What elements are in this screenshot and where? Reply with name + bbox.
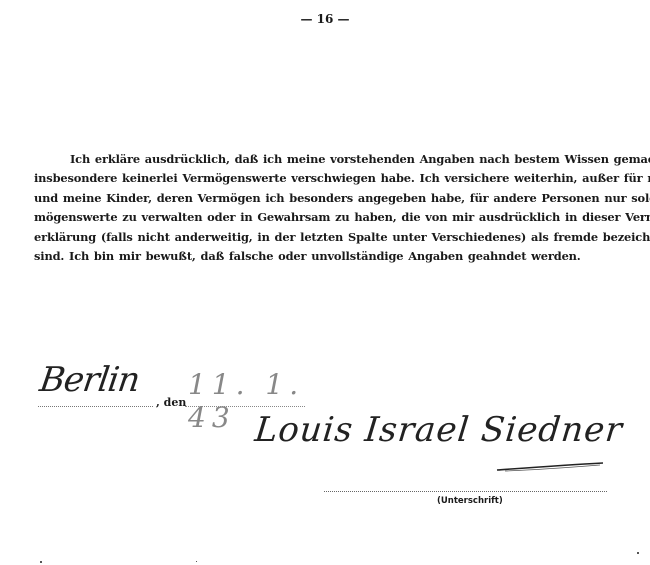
scan-speck: [637, 552, 639, 554]
declaration-line: sind. Ich bin mir bewußt, daß falsche od…: [34, 247, 612, 266]
declaration-line: erklärung (falls nicht anderweitig, in d…: [34, 228, 612, 247]
place-handwritten: Berlin: [37, 360, 142, 400]
signature-dotted-line: [324, 491, 607, 492]
den-label: , den: [156, 396, 186, 409]
declaration-line: insbesondere keinerlei Vermögenswerte ve…: [34, 169, 612, 188]
declaration-line: mögenswerte zu verwalten oder in Gewahrs…: [34, 208, 612, 227]
place-dotted-line: [38, 406, 153, 407]
signature-flourish: [495, 462, 605, 472]
signature-handwritten: Louis Israel Siedner: [253, 410, 625, 450]
declaration-line: Ich erkläre ausdrücklich, daß ich meine …: [34, 150, 612, 169]
declaration-line: und meine Kinder, deren Vermögen ich bes…: [34, 189, 612, 208]
page-number: — 16 —: [0, 12, 650, 26]
place-date-row: Berlin , den 11. 1. 43: [30, 348, 330, 418]
scan-speck: [196, 561, 197, 562]
declaration-paragraph: Ich erkläre ausdrücklich, daß ich meine …: [34, 150, 612, 266]
scan-speck: [40, 561, 42, 563]
signature-label: (Unterschrift): [437, 496, 503, 506]
